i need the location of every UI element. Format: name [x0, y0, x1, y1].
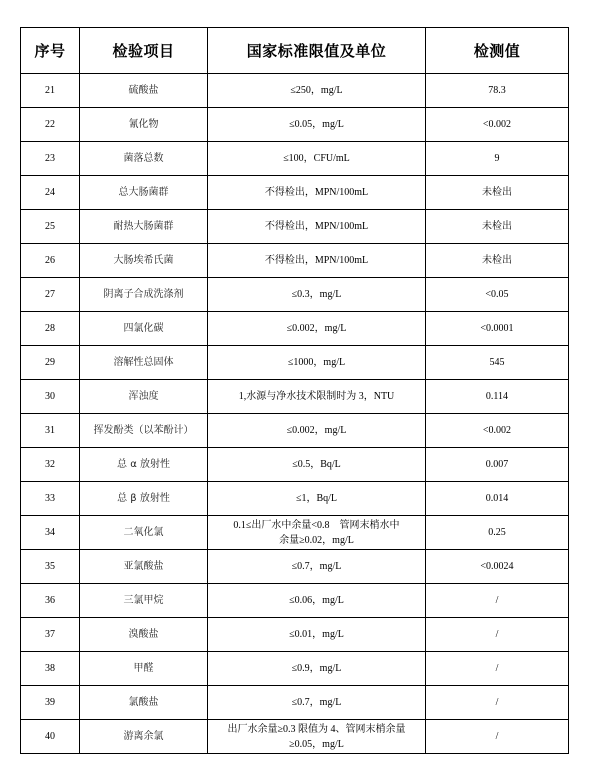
row-serial-no: 39	[21, 686, 80, 720]
row-serial-no: 29	[21, 346, 80, 380]
limit-line-2: 余量≥0.02，mg/L	[210, 533, 423, 548]
table-row: 26 大肠埃希氏菌 不得检出，MPN/100mL 未检出	[21, 244, 569, 278]
row-test-item: 溶解性总固体	[80, 346, 208, 380]
row-standard-limit: 1,水源与净水技术限制时为 3，NTU	[208, 380, 426, 414]
row-standard-limit: ≤0.7，mg/L	[208, 686, 426, 720]
row-measured-value: <0.002	[426, 414, 569, 448]
table-row: 22 氰化物 ≤0.05，mg/L <0.002	[21, 108, 569, 142]
table-row: 39 氯酸盐 ≤0.7，mg/L /	[21, 686, 569, 720]
row-test-item: 游离余氯	[80, 720, 208, 754]
row-standard-limit: ≤0.002，mg/L	[208, 312, 426, 346]
row-test-item: 三氯甲烷	[80, 584, 208, 618]
row-measured-value: /	[426, 686, 569, 720]
row-standard-limit: 0.1≤出厂水中余量<0.8 管网末梢水中 余量≥0.02，mg/L	[208, 516, 426, 550]
table-row: 23 菌落总数 ≤100，CFU/mL 9	[21, 142, 569, 176]
row-test-item: 阴离子合成洗涤剂	[80, 278, 208, 312]
row-serial-no: 34	[21, 516, 80, 550]
row-serial-no: 38	[21, 652, 80, 686]
row-serial-no: 25	[21, 210, 80, 244]
row-measured-value: <0.002	[426, 108, 569, 142]
row-measured-value: 9	[426, 142, 569, 176]
table-row: 33 总 β 放射性 ≤1，Bq/L 0.014	[21, 482, 569, 516]
row-standard-limit: ≤0.7，mg/L	[208, 550, 426, 584]
row-serial-no: 37	[21, 618, 80, 652]
row-standard-limit: ≤0.01，mg/L	[208, 618, 426, 652]
row-serial-no: 32	[21, 448, 80, 482]
header-standard-limit: 国家标准限值及单位	[208, 28, 426, 74]
row-standard-limit: ≤0.06，mg/L	[208, 584, 426, 618]
row-serial-no: 23	[21, 142, 80, 176]
row-standard-limit: ≤0.3，mg/L	[208, 278, 426, 312]
row-serial-no: 30	[21, 380, 80, 414]
row-standard-limit: ≤100，CFU/mL	[208, 142, 426, 176]
row-measured-value: 0.014	[426, 482, 569, 516]
header-test-item: 检验项目	[80, 28, 208, 74]
table-row: 36 三氯甲烷 ≤0.06，mg/L /	[21, 584, 569, 618]
row-test-item: 大肠埃希氏菌	[80, 244, 208, 278]
row-measured-value: 0.114	[426, 380, 569, 414]
row-measured-value: 78.3	[426, 74, 569, 108]
row-measured-value: /	[426, 652, 569, 686]
row-standard-limit: ≤0.002，mg/L	[208, 414, 426, 448]
row-test-item: 四氯化碳	[80, 312, 208, 346]
table-row: 30 浑浊度 1,水源与净水技术限制时为 3，NTU 0.114	[21, 380, 569, 414]
row-serial-no: 35	[21, 550, 80, 584]
row-test-item: 总 β 放射性	[80, 482, 208, 516]
row-measured-value: 545	[426, 346, 569, 380]
row-test-item: 甲醛	[80, 652, 208, 686]
row-standard-limit: 不得检出，MPN/100mL	[208, 176, 426, 210]
row-serial-no: 26	[21, 244, 80, 278]
row-serial-no: 40	[21, 720, 80, 754]
table-row: 27 阴离子合成洗涤剂 ≤0.3，mg/L <0.05	[21, 278, 569, 312]
table-row: 37 溴酸盐 ≤0.01，mg/L /	[21, 618, 569, 652]
row-test-item: 硫酸盐	[80, 74, 208, 108]
row-test-item: 菌落总数	[80, 142, 208, 176]
row-measured-value: 未检出	[426, 176, 569, 210]
table-row: 21 硫酸盐 ≤250，mg/L 78.3	[21, 74, 569, 108]
row-serial-no: 21	[21, 74, 80, 108]
row-test-item: 耐热大肠菌群	[80, 210, 208, 244]
row-test-item: 氯酸盐	[80, 686, 208, 720]
row-measured-value: <0.0001	[426, 312, 569, 346]
table-row: 25 耐热大肠菌群 不得检出，MPN/100mL 未检出	[21, 210, 569, 244]
row-serial-no: 33	[21, 482, 80, 516]
row-test-item: 浑浊度	[80, 380, 208, 414]
limit-line-2: ≥0.05，mg/L	[210, 737, 423, 752]
row-measured-value: 0.25	[426, 516, 569, 550]
row-test-item: 总大肠菌群	[80, 176, 208, 210]
row-standard-limit: ≤0.9，mg/L	[208, 652, 426, 686]
row-measured-value: 0.007	[426, 448, 569, 482]
row-serial-no: 31	[21, 414, 80, 448]
table-row: 32 总 α 放射性 ≤0.5，Bq/L 0.007	[21, 448, 569, 482]
limit-line-1: 出厂水余量≥0.3 限值为 4、管网末梢余量	[210, 722, 423, 737]
row-standard-limit: 不得检出，MPN/100mL	[208, 210, 426, 244]
row-standard-limit: ≤1000，mg/L	[208, 346, 426, 380]
table-row: 34 二氧化氯 0.1≤出厂水中余量<0.8 管网末梢水中 余量≥0.02，mg…	[21, 516, 569, 550]
table-row: 28 四氯化碳 ≤0.002，mg/L <0.0001	[21, 312, 569, 346]
table-row: 40 游离余氯 出厂水余量≥0.3 限值为 4、管网末梢余量 ≥0.05，mg/…	[21, 720, 569, 754]
row-test-item: 氰化物	[80, 108, 208, 142]
table-row: 38 甲醛 ≤0.9，mg/L /	[21, 652, 569, 686]
row-serial-no: 28	[21, 312, 80, 346]
row-serial-no: 24	[21, 176, 80, 210]
row-measured-value: 未检出	[426, 244, 569, 278]
row-serial-no: 27	[21, 278, 80, 312]
row-measured-value: 未检出	[426, 210, 569, 244]
row-standard-limit: 不得检出，MPN/100mL	[208, 244, 426, 278]
row-standard-limit: ≤1，Bq/L	[208, 482, 426, 516]
limit-line-1: 0.1≤出厂水中余量<0.8 管网末梢水中	[210, 518, 423, 533]
table-row: 24 总大肠菌群 不得检出，MPN/100mL 未检出	[21, 176, 569, 210]
row-test-item: 二氧化氯	[80, 516, 208, 550]
row-serial-no: 22	[21, 108, 80, 142]
row-standard-limit: ≤250，mg/L	[208, 74, 426, 108]
row-measured-value: /	[426, 618, 569, 652]
row-measured-value: <0.05	[426, 278, 569, 312]
row-test-item: 溴酸盐	[80, 618, 208, 652]
header-measured-value: 检测值	[426, 28, 569, 74]
row-measured-value: <0.0024	[426, 550, 569, 584]
table-header-row: 序号 检验项目 国家标准限值及单位 检测值	[21, 28, 569, 74]
row-test-item: 亚氯酸盐	[80, 550, 208, 584]
header-serial-no: 序号	[21, 28, 80, 74]
water-quality-table: 序号 检验项目 国家标准限值及单位 检测值 21 硫酸盐 ≤250，mg/L 7…	[20, 27, 569, 754]
table-row: 29 溶解性总固体 ≤1000，mg/L 545	[21, 346, 569, 380]
table-row: 35 亚氯酸盐 ≤0.7，mg/L <0.0024	[21, 550, 569, 584]
row-test-item: 总 α 放射性	[80, 448, 208, 482]
row-measured-value: /	[426, 720, 569, 754]
row-standard-limit: ≤0.5，Bq/L	[208, 448, 426, 482]
row-standard-limit: ≤0.05，mg/L	[208, 108, 426, 142]
row-serial-no: 36	[21, 584, 80, 618]
table-row: 31 挥发酚类（以苯酚计） ≤0.002，mg/L <0.002	[21, 414, 569, 448]
row-measured-value: /	[426, 584, 569, 618]
row-standard-limit: 出厂水余量≥0.3 限值为 4、管网末梢余量 ≥0.05，mg/L	[208, 720, 426, 754]
row-test-item: 挥发酚类（以苯酚计）	[80, 414, 208, 448]
